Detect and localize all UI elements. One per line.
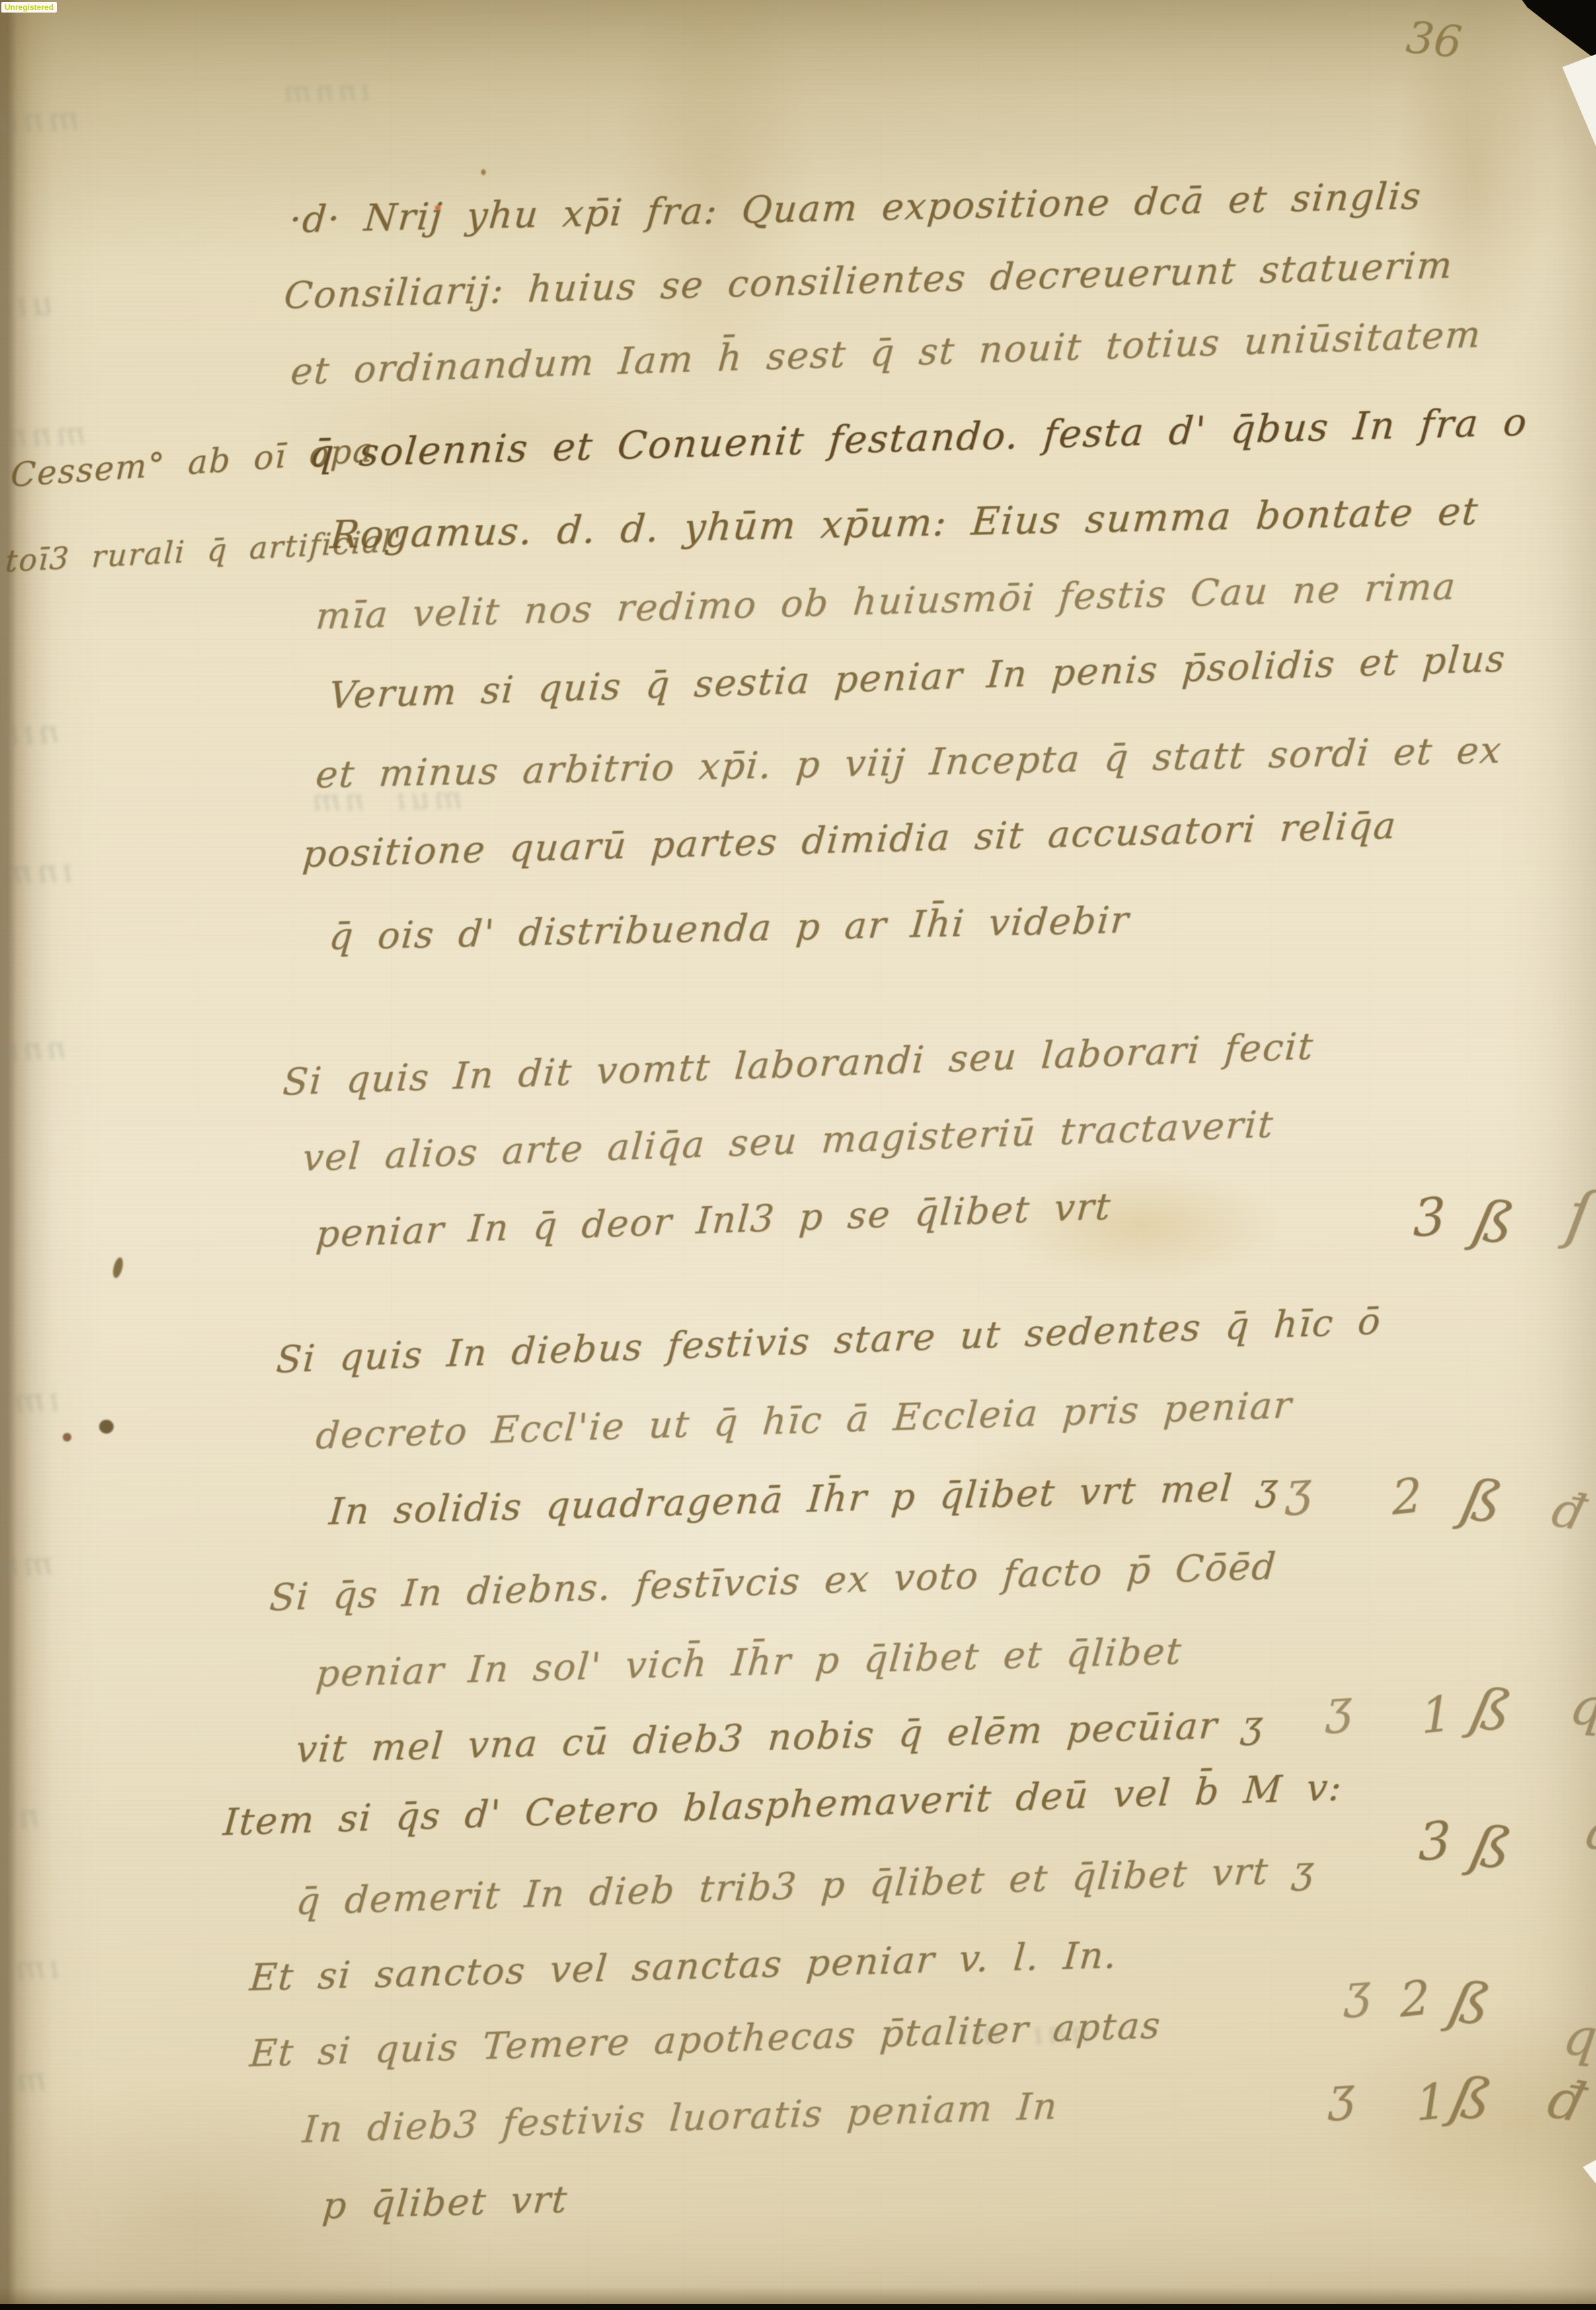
scanned-manuscript: { "page": { "number": "36", "watermark_l… bbox=[0, 0, 1596, 2310]
bottom-edge-shadow bbox=[0, 2287, 1596, 2304]
bottom-scan-strip bbox=[0, 2304, 1596, 2310]
scan-vignette bbox=[0, 0, 1596, 2310]
watermark: Unregistered bbox=[1, 2, 57, 13]
watermark-label: Unregistered bbox=[5, 3, 54, 12]
